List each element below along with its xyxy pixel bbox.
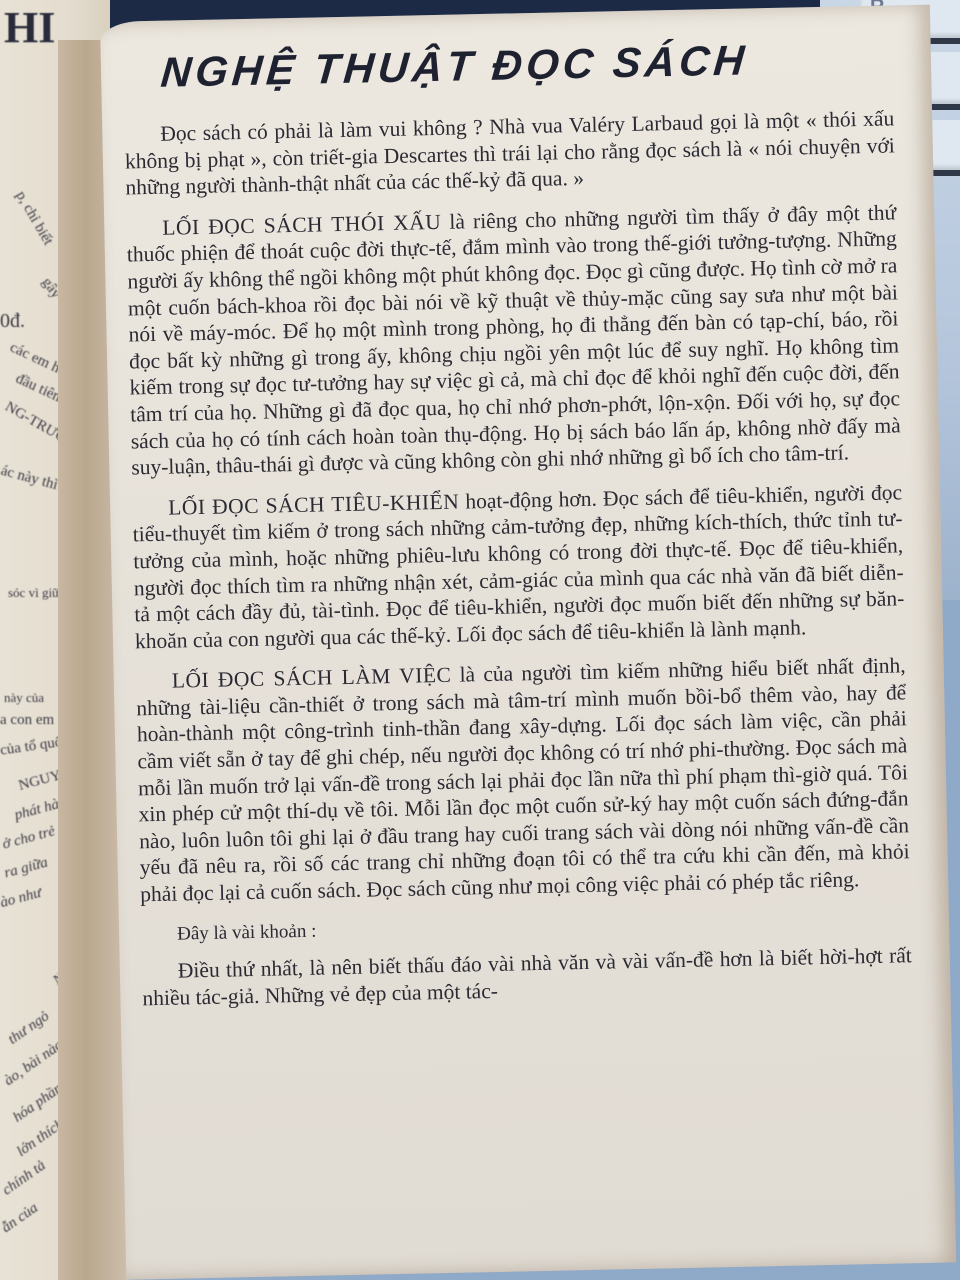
paragraph-thoi-xau: LỐI ĐỌC SÁCH THÓI XẤU là riêng cho những… [126,199,901,481]
left-page-text-fragment: này của [4,690,44,706]
left-page-text-fragment: các em h [7,340,63,378]
left-page-text-fragment: ra giữa [3,855,50,883]
left-page-text-fragment: 0đ. [0,310,25,333]
paragraph-lam-viec: LỐI ĐỌC SÁCH LÀM VIỆC là của người tìm k… [136,653,911,908]
paragraph-list-intro: Đây là vài khoản : [141,906,911,949]
page-title: NGHỆ THUẬT ĐỌC SÁCH [159,36,750,96]
left-page-text-fragment: ác này thì [0,463,60,495]
paragraph-tieu-khien: LỐI ĐỌC SÁCH TIÊU-KHIỂN hoạt-động hơn. Đ… [132,479,905,655]
left-page-text-fragment: chính tả [0,1158,49,1200]
left-page-text-fragment: thư ngỏ [5,1008,53,1048]
left-page-text-fragment: sóc vì giữa [8,585,65,601]
left-page-text-fragment: ẫn của [0,1200,42,1237]
paragraph-text: Điều thứ nhất, là nên biết thấu đáo vài … [142,943,912,1010]
left-page-text-fragment: ở cho trẻ [1,823,57,853]
paragraph-text: Đọc sách có phải là làm vui không ? Nhà … [125,106,895,199]
paragraph-lead: LỐI ĐỌC SÁCH TIÊU-KHIỂN [168,489,460,519]
paragraph-text: là riêng cho những người tìm thấy ở đây … [127,200,901,479]
paragraph-lead: LỐI ĐỌC SÁCH THÓI XẤU [162,210,441,240]
right-page: NGHỆ THUẬT ĐỌC SÁCH Đọc sách có phải là … [100,5,956,1280]
left-page-heading-fragment: HI [4,2,55,53]
paragraph-text: là của người tìm kiếm những hiểu biết nh… [136,654,910,907]
paragraph-lead: LỐI ĐỌC SÁCH LÀM VIỆC [172,663,452,693]
paragraph-dieu-thu-nhat: Điều thứ nhất, là nên biết thấu đáo vài … [142,942,913,1011]
article-body: Đọc sách có phải là làm vui không ? Nhà … [124,105,913,1025]
left-page-text-fragment: a con em [0,712,54,729]
left-page-text-fragment: p, chỉ biết [12,188,57,248]
left-page-text-fragment: ào như [0,885,43,912]
paragraph-text: Đây là vài khoản : [177,920,317,944]
paragraph-intro: Đọc sách có phải là làm vui không ? Nhà … [124,105,896,201]
